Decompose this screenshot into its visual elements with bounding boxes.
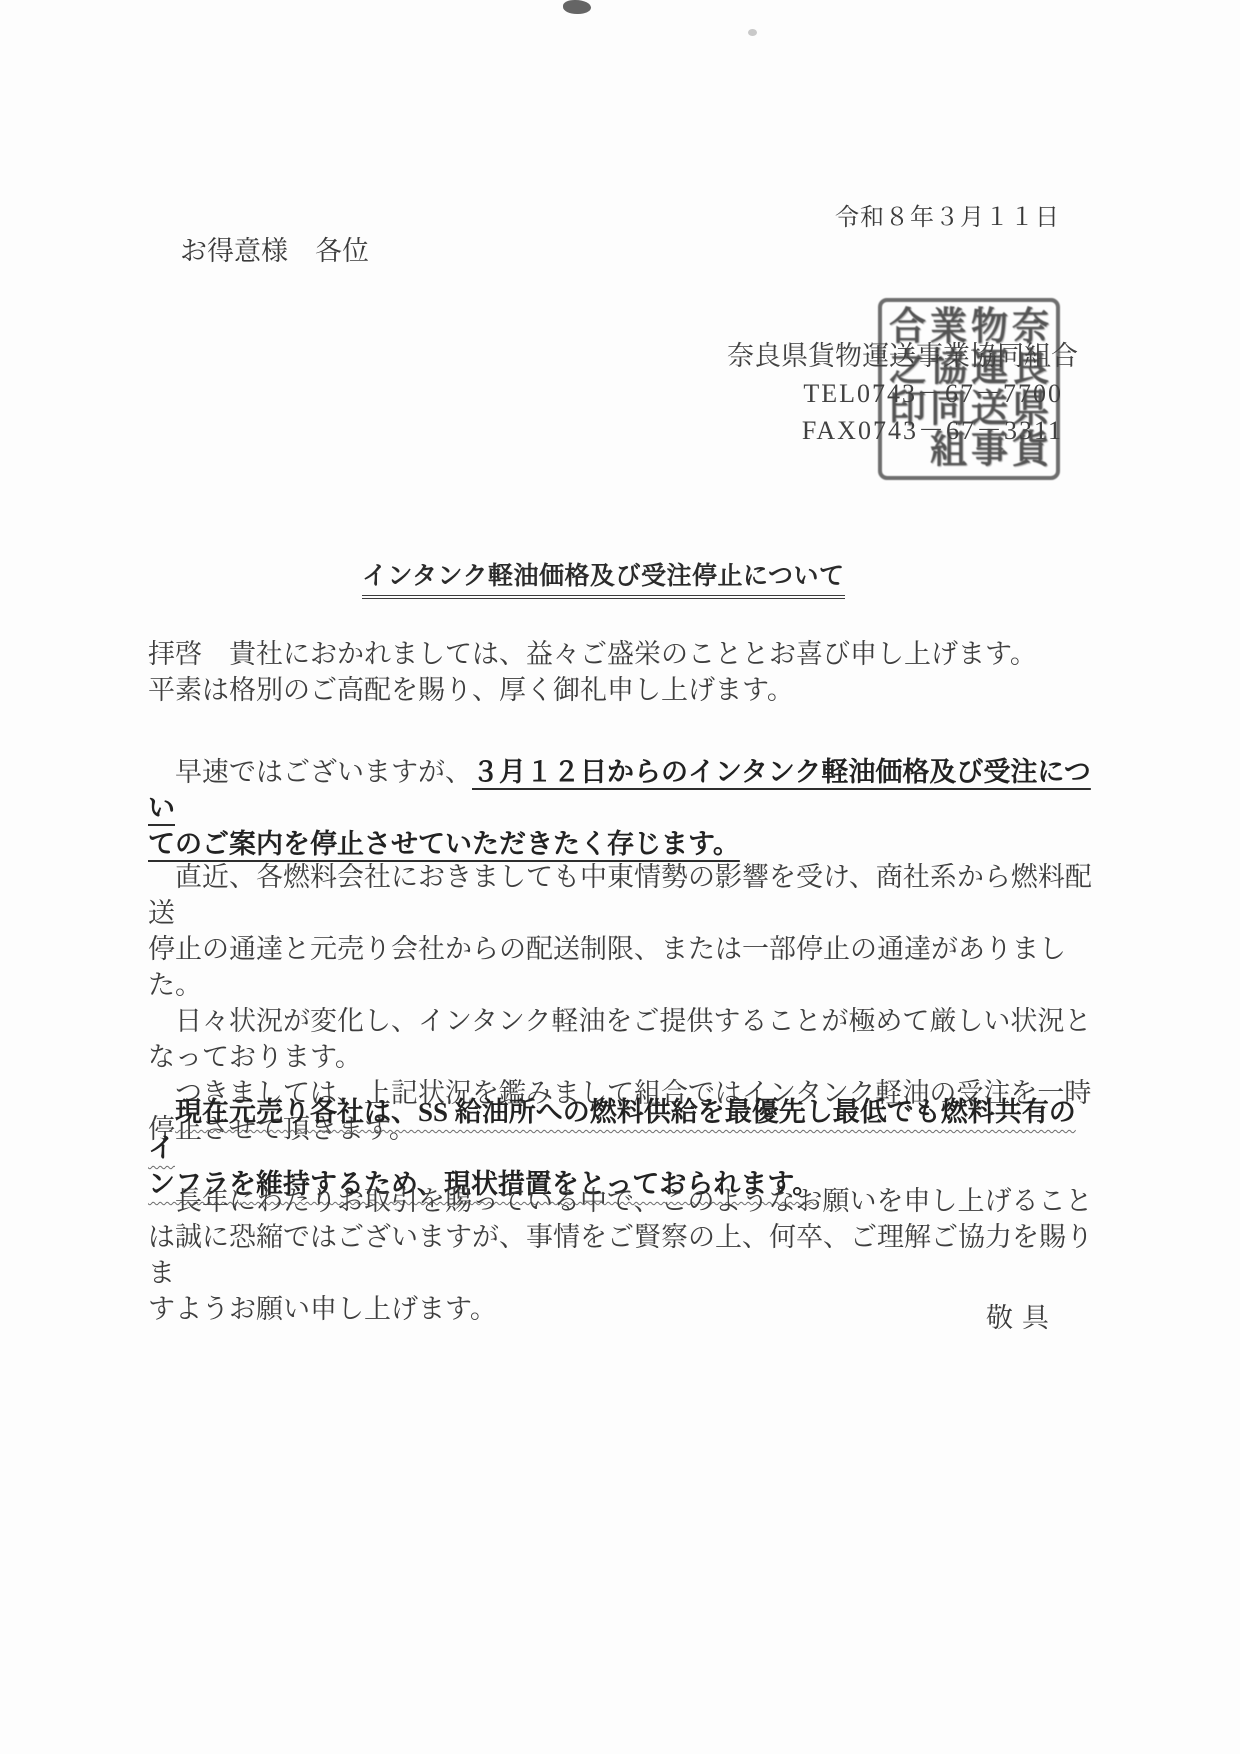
body-line: 平素は格別のご高配を賜り、厚く御礼申し上げます。 bbox=[148, 672, 1100, 708]
body-text: 早速ではございますが、 bbox=[148, 757, 472, 787]
body-line: は誠に恐縮ではございますが、事情をご賢察の上、何卒、ご理解ご協力を賜りま bbox=[148, 1219, 1100, 1291]
body-line: 早速ではございますが、３月１２日からのインタンク軽油価格及び受注につい bbox=[148, 754, 1100, 826]
closing-salutation: 敬具 bbox=[148, 1296, 1098, 1335]
date-line: 令和８年３月１１日 bbox=[835, 197, 1060, 232]
paragraph-announcement: 早速ではございますが、３月１２日からのインタンク軽油価格及び受注につい てのご案… bbox=[148, 754, 1100, 862]
body-line: 停止の通達と元売り会社からの配送制限、または一部停止の通達がありました。 bbox=[148, 931, 1100, 1003]
emphasized-wavy-text: 現在元売り各社は、SS 給油所への燃料供給を最優先し最低でも燃料共有のイ bbox=[148, 1097, 1076, 1163]
sender-organization: 奈良県貨物運送事業協同組合 bbox=[560, 337, 1078, 375]
document-title: インタンク軽油価格及び受注停止について bbox=[362, 556, 845, 599]
emphasized-text: てのご案内を停止させていただきたく存じます。 bbox=[148, 829, 740, 859]
sender-fax: FAX0743－67－3311 bbox=[560, 412, 1078, 449]
paragraph-greeting: 拝啓 貴社におかれましては、益々ご盛栄のこととお喜び申し上げます。 平素は格別の… bbox=[148, 636, 1100, 708]
body-line: てのご案内を停止させていただきたく存じます。 bbox=[148, 826, 1100, 862]
body-line: 拝啓 貴社におかれましては、益々ご盛栄のこととお喜び申し上げます。 bbox=[148, 636, 1100, 672]
sender-tel: TEL0743－67－7700 bbox=[560, 375, 1078, 412]
scan-artifact-dot bbox=[748, 29, 757, 36]
body-line: 直近、各燃料会社におきましても中東情勢の影響を受け、商社系から燃料配送 bbox=[148, 859, 1100, 931]
body-line: 現在元売り各社は、SS 給油所への燃料供給を最優先し最低でも燃料共有のイ bbox=[148, 1094, 1100, 1166]
sender-block: 奈良県貨物運送事業協同組合 TEL0743－67－7700 FAX0743－67… bbox=[560, 337, 1078, 449]
scanned-letter-page: 令和８年３月１１日 お得意様 各位 奈良県貨物運送事業協同組合 TEL0743－… bbox=[0, 0, 1240, 1754]
body-line: 長年にわたりお取引を賜っている中で、このようなお願いを申し上げること bbox=[148, 1183, 1100, 1219]
body-line: なっております。 bbox=[148, 1039, 1100, 1075]
recipient-line: お得意様 各位 bbox=[180, 229, 369, 268]
scan-artifact-mark bbox=[563, 0, 591, 14]
body-line: 日々状況が変化し、インタンク軽油をご提供することが極めて厳しい状況と bbox=[148, 1003, 1100, 1039]
